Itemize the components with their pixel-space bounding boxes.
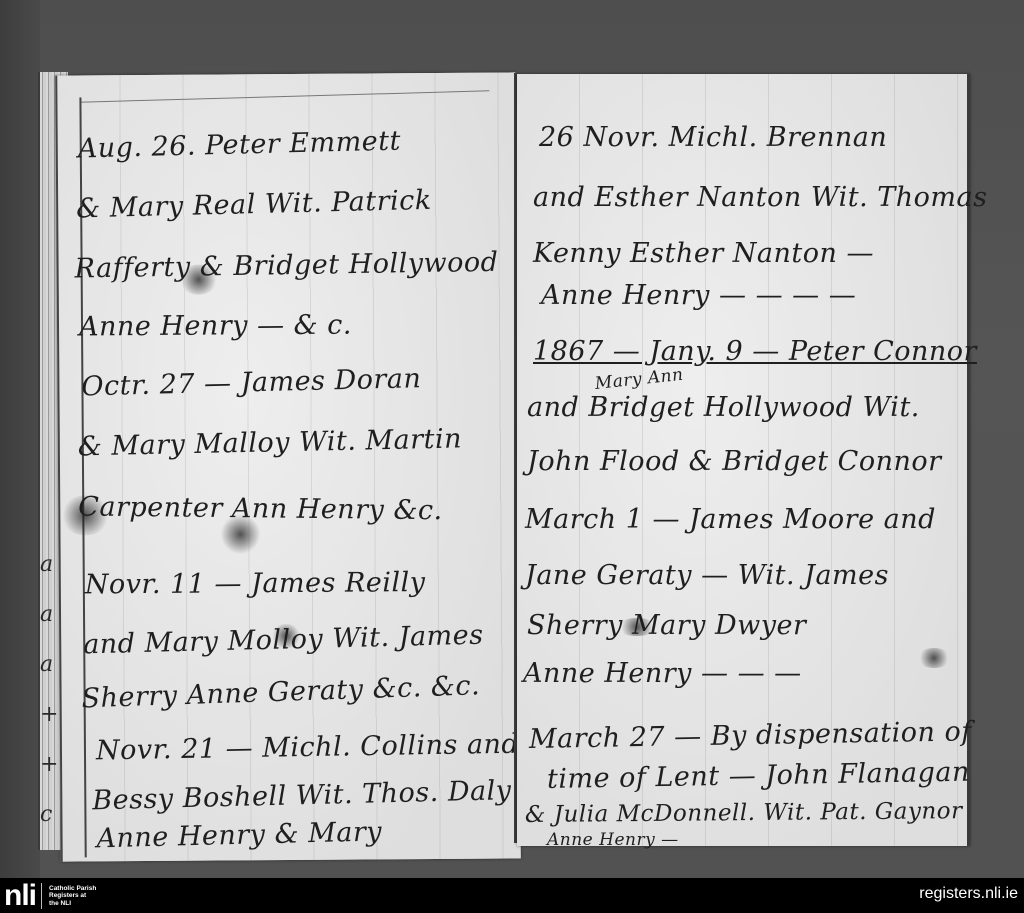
handwritten-line: Carpenter Ann Henry &c. [78,491,443,526]
nli-logo-text: Catholic Parish Registers at the NLI [49,885,96,908]
handwritten-line: Anne Henry — [547,830,679,850]
logo-divider [41,883,42,909]
scan-shadow [0,0,40,878]
register-left-page: Aug. 26. Peter Emmett & Mary Real Wit. P… [55,72,520,861]
register-scan-image: Aug. 26. Peter Emmett & Mary Real Wit. P… [0,0,1024,878]
margin-mark: a [40,540,58,590]
handwritten-line: Rafferty & Bridget Hollywood [74,247,498,285]
ink-blot [220,514,260,554]
handwritten-line: Novr. 21 — Michl. Collins and [96,729,520,767]
handwritten-line: Novr. 11 — James Reilly [85,567,426,600]
ink-blot [617,618,657,636]
handwritten-line: & Mary Malloy Wit. Martin [78,423,463,462]
site-url-link[interactable]: registers.nli.ie [919,885,1018,903]
logo-text-line: Catholic Parish [49,885,96,893]
handwritten-line: John Flood & Bridget Connor [527,446,942,477]
handwritten-line: Anne Henry & Mary [96,816,382,854]
handwritten-line: March 27 — By dispensation of [529,716,972,755]
margin-mark: + [40,740,58,790]
nli-logo-mark: nli [4,883,36,909]
right-page-entries: 26 Novr. Michl. Brennan and Esther Nanto… [517,74,967,846]
register-right-page: 26 Novr. Michl. Brennan and Esther Nanto… [517,74,970,846]
handwritten-line: and Esther Nanton Wit. Thomas [533,182,987,213]
handwritten-line: Kenny Esther Nanton — [533,238,874,269]
previous-page-margin-marks: a a a + + c [40,540,58,840]
ink-blot [60,495,110,535]
interlinear-note: Mary Ann [594,365,684,394]
ink-blot [179,264,219,294]
handwritten-line: Sherry Mary Dwyer [527,610,806,641]
margin-mark: + [40,690,58,740]
margin-mark: a [40,590,58,640]
handwritten-line: 1867 — Jany. 9 — Peter Connor [533,336,977,367]
footer-bar: nli Catholic Parish Registers at the NLI… [0,878,1024,913]
margin-mark: a [40,640,58,690]
handwritten-line: Aug. 26. Peter Emmett [77,126,401,165]
handwritten-line: time of Lent — John Flanagan [547,757,970,795]
handwritten-line: Jane Geraty — Wit. James [525,560,889,591]
handwritten-line: & Julia McDonnell. Wit. Pat. Gaynor [525,798,963,828]
logo-text-line: the NLI [49,900,96,908]
handwritten-line: Bessy Boshell Wit. Thos. Daly [92,775,512,816]
handwritten-line: and Bridget Hollywood Wit. [527,392,920,423]
handwritten-line: Anne Henry — — — [523,658,802,689]
ink-blot [917,648,951,668]
handwritten-line: 26 Novr. Michl. Brennan [539,122,887,153]
margin-mark: c [40,790,58,840]
handwritten-line: Anne Henry — — — — [541,280,856,311]
handwritten-line: Sherry Anne Geraty &c. &c. [81,670,480,714]
handwritten-line: & Mary Real Wit. Patrick [76,185,432,225]
left-page-entries: Aug. 26. Peter Emmett & Mary Real Wit. P… [57,72,520,861]
logo-text-line: Registers at [49,892,96,900]
ink-blot [271,624,301,648]
handwritten-line: Anne Henry — & c. [79,310,352,343]
handwritten-line: Octr. 27 — James Doran [81,363,422,402]
handwritten-line: March 1 — James Moore and [525,504,936,535]
nli-logo[interactable]: nli Catholic Parish Registers at the NLI [4,883,96,909]
